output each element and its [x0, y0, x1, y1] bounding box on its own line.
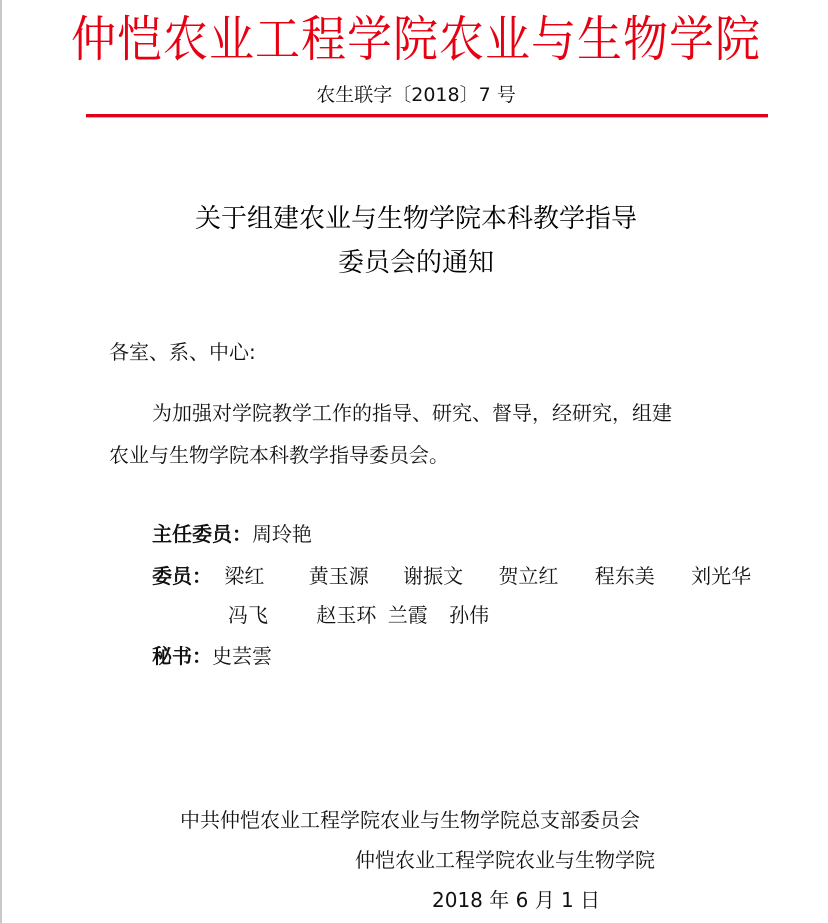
member-name: 兰霞 — [388, 600, 443, 630]
issuer-party-committee: 中共仲恺农业工程学院农业与生物学院总支部委员会 — [180, 805, 640, 835]
red-divider-rule — [86, 114, 768, 117]
member-name: 冯飞 — [228, 600, 310, 630]
member-name: 谢振文 — [403, 561, 492, 591]
body-paragraph-line-2: 农业与生物学院本科教学指导委员会。 — [109, 440, 449, 470]
issuer-college: 仲恺农业工程学院农业与生物学院 — [355, 845, 655, 875]
member-name: 刘光华 — [691, 561, 751, 591]
chair-row: 主任委员：周玲艳 — [152, 519, 312, 549]
notice-title-line-1: 关于组建农业与生物学院本科教学指导 — [2, 199, 828, 239]
members-row-2: 冯飞 赵玉环 兰霞 孙伟 — [228, 600, 489, 630]
members-label: 委员： — [152, 564, 212, 588]
member-name: 孙伟 — [449, 600, 489, 630]
chair-name: 周玲艳 — [252, 522, 312, 546]
secretary-name: 史芸雲 — [212, 644, 272, 668]
masthead-title: 仲恺农业工程学院农业与生物学院 — [2, 5, 828, 74]
document-number: 农生联字〔2018〕7 号 — [2, 81, 828, 109]
member-name: 梁红 — [224, 561, 302, 591]
member-name: 黄玉源 — [309, 561, 397, 591]
chair-label: 主任委员： — [152, 522, 252, 546]
member-name: 贺立红 — [498, 561, 588, 591]
document-page: 仲恺农业工程学院农业与生物学院 农生联字〔2018〕7 号 关于组建农业与生物学… — [0, 0, 828, 923]
notice-title-line-2: 委员会的通知 — [2, 243, 828, 283]
issue-date: 2018 年 6 月 1 日 — [432, 885, 600, 915]
members-row-1: 委员： 梁红 黄玉源 谢振文 贺立红 程东美 刘光华 — [152, 561, 751, 591]
body-paragraph-line-1: 为加强对学院教学工作的指导、研究、督导，经研究，组建 — [152, 398, 672, 428]
secretary-row: 秘书：史芸雲 — [152, 641, 272, 671]
member-name: 赵玉环 — [316, 600, 381, 630]
member-name: 程东美 — [595, 561, 685, 591]
secretary-label: 秘书： — [152, 644, 212, 668]
salutation: 各室、系、中心: — [109, 337, 256, 367]
